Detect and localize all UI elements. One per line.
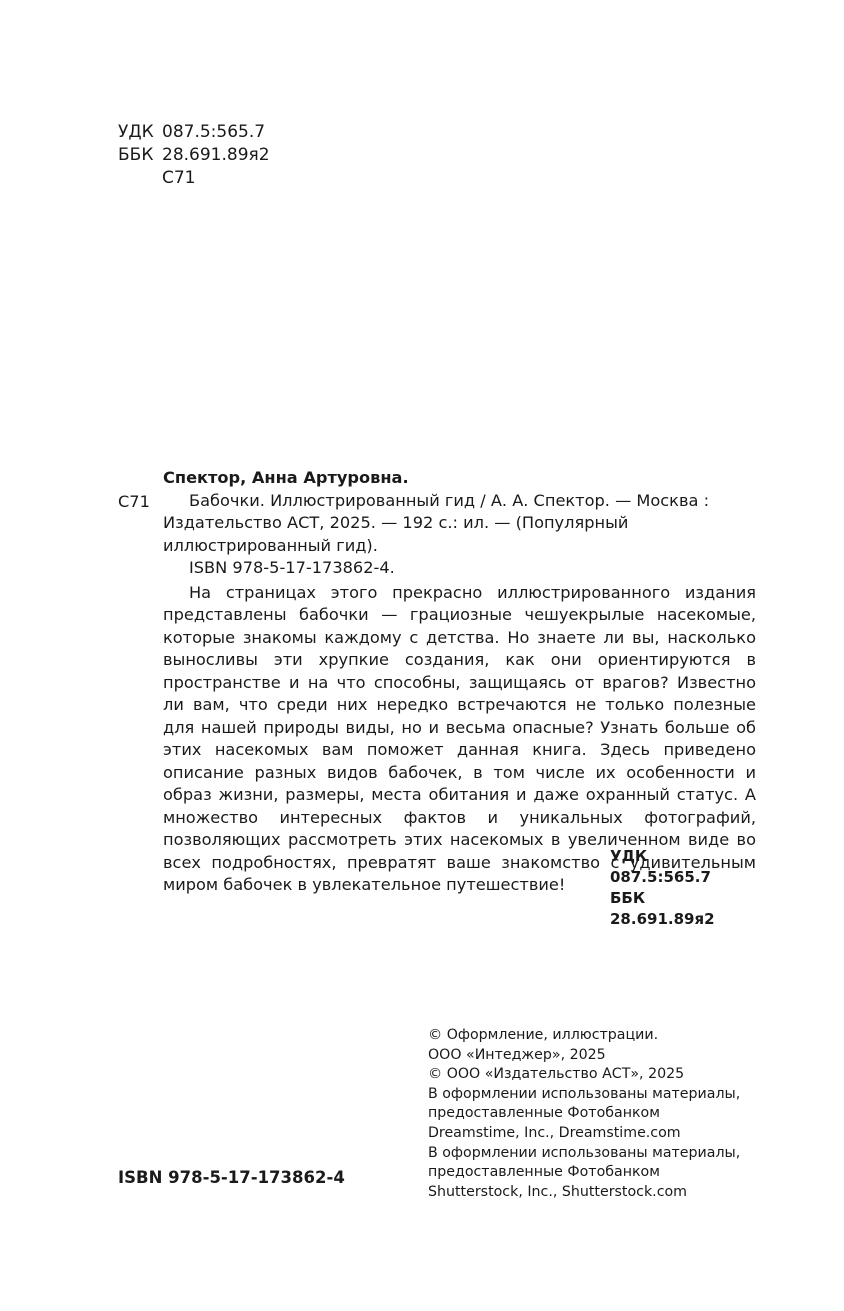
- entry-title: Бабочки. Иллюстрированный гид / А. А. Сп…: [163, 490, 756, 558]
- copyright-line: ООО «Интеджер», 2025: [428, 1046, 768, 1066]
- copyright-block: © Оформление, иллюстрации. ООО «Интеджер…: [428, 1026, 768, 1202]
- right-classification: УДК 087.5:565.7 ББК 28.691.89я2: [610, 846, 750, 930]
- bbk-label: ББК: [118, 144, 162, 167]
- copyright-line: предоставленные Фотобанком: [428, 1104, 768, 1124]
- copyright-line: предоставленные Фотобанком: [428, 1163, 768, 1183]
- bibliographic-entry: Спектор, Анна Артуровна. Бабочки. Иллюст…: [163, 467, 756, 897]
- author-mark-row: С71: [118, 167, 270, 190]
- copyright-line: © ООО «Издательство АСТ», 2025: [428, 1065, 768, 1085]
- copyright-line: В оформлении использованы материалы,: [428, 1144, 768, 1164]
- right-udk: УДК 087.5:565.7: [610, 846, 750, 888]
- udk-row: УДК 087.5:565.7: [118, 121, 270, 144]
- bbk-row: ББК 28.691.89я2: [118, 144, 270, 167]
- copyright-line: В оформлении использованы материалы,: [428, 1085, 768, 1105]
- bbk-value: 28.691.89я2: [162, 144, 270, 167]
- entry-author: Спектор, Анна Артуровна.: [163, 467, 756, 490]
- copyright-line: Dreamstime, Inc., Dreamstime.com: [428, 1124, 768, 1144]
- classification-codes: УДК 087.5:565.7 ББК 28.691.89я2 С71: [118, 121, 270, 190]
- udk-label: УДК: [118, 121, 162, 144]
- entry-side-mark: С71: [118, 492, 150, 511]
- author-mark: С71: [162, 167, 196, 190]
- udk-value: 087.5:565.7: [162, 121, 265, 144]
- entry-isbn: ISBN 978-5-17-173862-4.: [163, 557, 756, 580]
- copyright-line: © Оформление, иллюстрации.: [428, 1026, 768, 1046]
- right-bbk: ББК 28.691.89я2: [610, 888, 750, 930]
- isbn-bottom: ISBN 978-5-17-173862-4: [118, 1168, 345, 1187]
- copyright-line: Shutterstock, Inc., Shutterstock.com: [428, 1183, 768, 1203]
